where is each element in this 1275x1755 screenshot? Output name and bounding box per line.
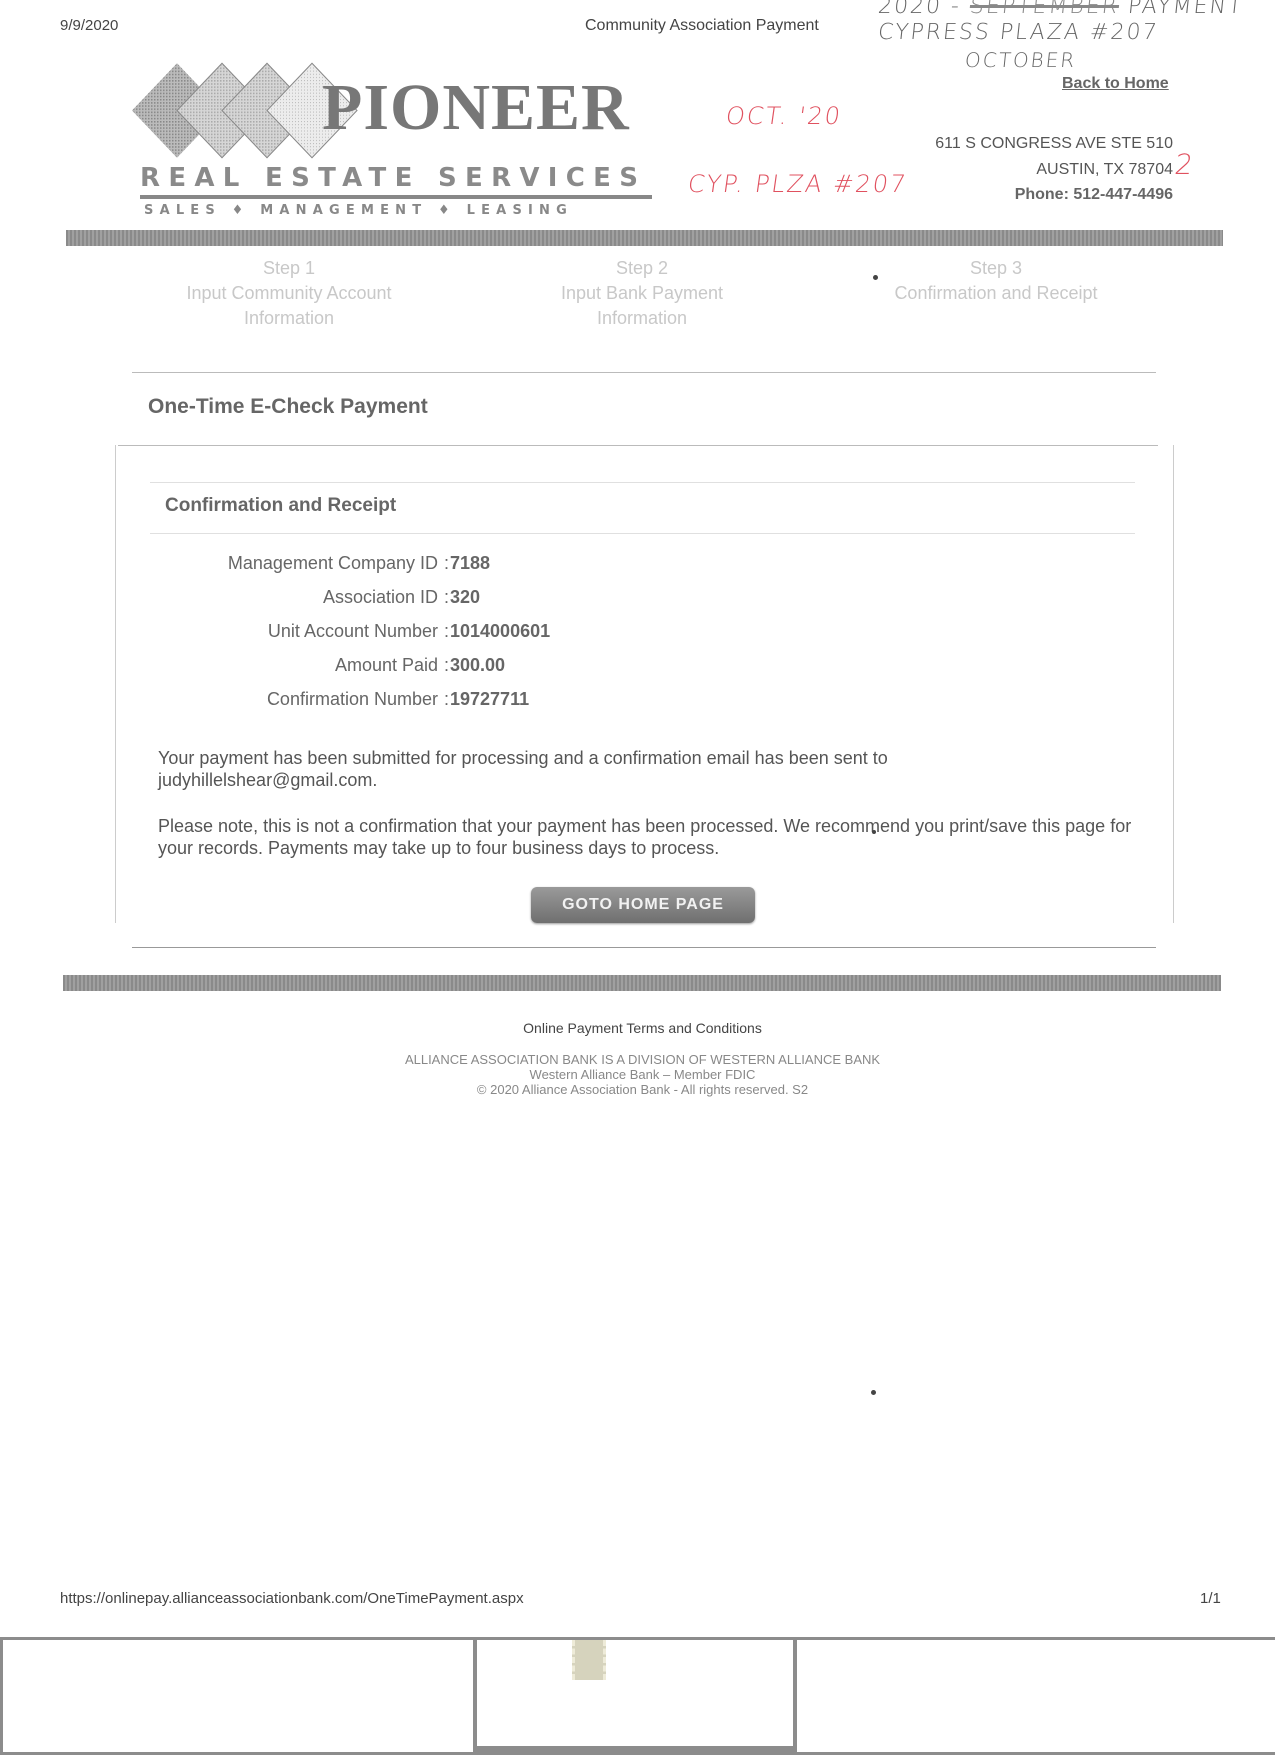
content-bottom-divider (132, 947, 1156, 948)
scanner-panel-left (3, 1640, 473, 1752)
field-colon: : (444, 655, 449, 676)
header-bar (66, 230, 1223, 246)
film-strip-icon (572, 1640, 606, 1680)
footer-bar (63, 975, 1221, 991)
step-3: Step 3 Confirmation and Receipt (866, 256, 1126, 306)
handwritten-red-note-date: OCT. '20 (724, 102, 844, 130)
step-1: Step 1 Input Community Account Informati… (159, 256, 419, 331)
step-2: Step 2 Input Bank Payment Information (512, 256, 772, 331)
inner-top-divider (150, 482, 1135, 483)
print-date: 9/9/2020 (60, 17, 118, 34)
field-label: Unit Account Number (268, 621, 438, 642)
field-unit-account-number: Unit Account Number : 1014000601 (150, 621, 850, 651)
steps-divider (132, 372, 1156, 373)
scan-speck (871, 1390, 876, 1395)
field-label: Amount Paid (335, 655, 438, 676)
step-2-label-line2: Information (512, 306, 772, 331)
step-2-label-line1: Input Bank Payment (512, 281, 772, 306)
print-page-number: 1/1 (1200, 1590, 1221, 1607)
logo-tagline: SALES ♦ MANAGEMENT ♦ LEASING (144, 203, 573, 218)
legal-notice: ALLIANCE ASSOCIATION BANK IS A DIVISION … (0, 1052, 1275, 1097)
print-url: https://onlinepay.allianceassociationban… (60, 1590, 524, 1607)
field-colon: : (444, 621, 449, 642)
handwritten-note-line3: OCTOBER (964, 48, 1078, 72)
field-label: Confirmation Number (267, 689, 438, 710)
handwritten-note-line1: 2020 - SEPTEMBER PAYMENT (877, 0, 1245, 19)
scanner-panel-middle (477, 1640, 793, 1746)
field-colon: : (444, 689, 449, 710)
legal-line-3: © 2020 Alliance Association Bank - All r… (0, 1082, 1275, 1097)
step-1-number: Step 1 (159, 256, 419, 281)
scan-speck (872, 830, 876, 834)
goto-home-page-button[interactable]: GOTO HOME PAGE (531, 887, 755, 923)
field-colon: : (444, 553, 449, 574)
logo-subtitle: REAL ESTATE SERVICES (140, 163, 646, 193)
terms-and-conditions-link[interactable]: Online Payment Terms and Conditions (0, 1020, 1275, 1036)
step-2-number: Step 2 (512, 256, 772, 281)
processing-note: Please note, this is not a confirmation … (158, 815, 1138, 859)
field-label: Association ID (323, 587, 438, 608)
field-value: 7188 (450, 553, 490, 574)
print-page-title: Community Association Payment (585, 17, 819, 35)
inner-bottom-divider (150, 533, 1135, 534)
back-to-home-link[interactable]: Back to Home (1062, 75, 1169, 93)
handwritten-red-note-unit: CYP. PLZA #207 (686, 170, 909, 198)
field-label: Management Company ID (228, 553, 438, 574)
handwritten-red-note-number: 2 (1173, 148, 1197, 181)
legal-line-1: ALLIANCE ASSOCIATION BANK IS A DIVISION … (0, 1052, 1275, 1067)
address-line1: 611 S CONGRESS AVE STE 510 (935, 135, 1173, 153)
scanner-panel-right (797, 1640, 1275, 1752)
legal-line-2: Western Alliance Bank – Member FDIC (0, 1067, 1275, 1082)
step-3-number: Step 3 (866, 256, 1126, 281)
field-value: 19727711 (450, 689, 529, 710)
handwritten-note-line2: CYPRESS PLAZA #207 (877, 20, 1160, 45)
field-value: 320 (450, 587, 480, 608)
field-value: 300.00 (450, 655, 505, 676)
submission-message: Your payment has been submitted for proc… (158, 747, 978, 791)
scan-speck (873, 275, 878, 280)
step-1-label-line2: Information (159, 306, 419, 331)
step-1-label-line1: Input Community Account (159, 281, 419, 306)
field-colon: : (444, 587, 449, 608)
confirmation-section-title: Confirmation and Receipt (165, 495, 396, 517)
logo-wordmark: PIONEER (322, 70, 630, 146)
field-amount-paid: Amount Paid : 300.00 (150, 655, 850, 685)
page-title: One-Time E-Check Payment (148, 395, 428, 419)
step-3-label-line1: Confirmation and Receipt (866, 281, 1126, 306)
logo-divider (140, 195, 652, 199)
phone-number: Phone: 512-447-4496 (1015, 186, 1173, 204)
field-confirmation-number: Confirmation Number : 19727711 (150, 689, 850, 719)
field-management-company-id: Management Company ID : 7188 (150, 553, 850, 583)
field-value: 1014000601 (450, 621, 550, 642)
address-line2: AUSTIN, TX 78704 (1036, 161, 1173, 179)
field-association-id: Association ID : 320 (150, 587, 850, 617)
